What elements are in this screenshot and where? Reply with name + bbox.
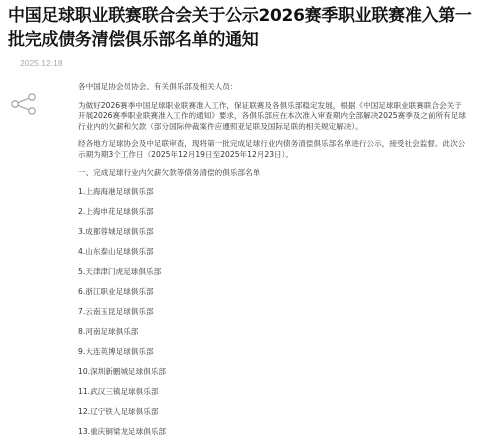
list-item: 2.上海申花足球俱乐部: [78, 207, 468, 227]
greeting: 各中国足协会员协会、有关俱乐部及相关人员：: [78, 82, 468, 93]
list-item: 3.成都蓉城足球俱乐部: [78, 227, 468, 247]
list-item: 8.河南足球俱乐部: [78, 327, 468, 347]
list-item: 11.武汉三镇足球俱乐部: [78, 387, 468, 407]
club-list: 1.上海海港足球俱乐部 2.上海申花足球俱乐部 3.成都蓉城足球俱乐部 4.山东…: [78, 187, 468, 440]
list-item: 4.山东泰山足球俱乐部: [78, 247, 468, 267]
publish-date: 2025.12.18: [20, 58, 63, 68]
list-item: 1.上海海港足球俱乐部: [78, 187, 468, 207]
paragraph-2: 经各地方足球协会及中足联审查，现将第一批完成足球行业内债务清偿俱乐部名单进行公示…: [78, 139, 468, 160]
paragraph-1: 为做好2026赛季中国足球职业联赛准入工作，保证联赛及各俱乐部稳定发展，根据《中…: [78, 101, 468, 133]
list-item: 13.重庆铜梁龙足球俱乐部: [78, 427, 468, 440]
list-item: 9.大连英博足球俱乐部: [78, 347, 468, 367]
list-item: 12.辽宁铁人足球俱乐部: [78, 407, 468, 427]
list-item: 6.浙江职业足球俱乐部: [78, 287, 468, 307]
list-item: 7.云南玉昆足球俱乐部: [78, 307, 468, 327]
list-item: 10.深圳新鹏城足球俱乐部: [78, 367, 468, 387]
list-item: 5.天津津门虎足球俱乐部: [78, 267, 468, 287]
share-button[interactable]: [10, 92, 38, 116]
section-heading: 一、完成足球行业内欠薪欠款等债务清偿的俱乐部名单: [78, 168, 468, 179]
article-body: 各中国足协会员协会、有关俱乐部及相关人员： 为做好2026赛季中国足球职业联赛准…: [78, 82, 468, 440]
share-icon: [10, 92, 38, 116]
article-title: 中国足球职业联赛联合会关于公示2026赛季职业联赛准入第一批完成债务清偿俱乐部名…: [8, 4, 488, 52]
